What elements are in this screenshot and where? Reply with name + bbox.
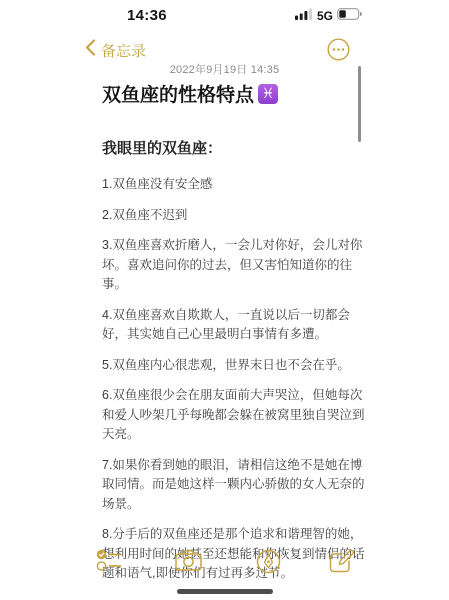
notes-app-screen: 14:36 5G 备忘录	[0, 0, 449, 600]
compose-button[interactable]	[329, 549, 354, 579]
note-paragraph[interactable]: 6.双鱼座很少会在朋友面前大声哭泣，但她每次和爱人吵架几乎每晚都会躲在被窝里独自…	[102, 386, 365, 445]
section-heading[interactable]: 我眼里的双鱼座：	[102, 137, 365, 158]
more-options-button[interactable]	[327, 38, 350, 61]
back-button[interactable]: 备忘录	[85, 39, 146, 61]
checklist-button[interactable]	[96, 549, 122, 577]
checklist-icon	[96, 559, 122, 576]
note-paragraph[interactable]: 5.双鱼座内心很悲观，世界末日也不会在乎。	[102, 356, 365, 376]
markup-pen-icon	[256, 561, 281, 578]
note-paragraph[interactable]: 7.如果你看到她的眼泪，请相信这绝不是她在博取同情。而是她这样一颗内心骄傲的女人…	[102, 456, 365, 515]
note-body[interactable]: 我眼里的双鱼座： 1.双鱼座没有安全感 2.双鱼座不迟到 3.双鱼座喜欢折磨人，…	[102, 137, 365, 595]
markup-button[interactable]	[256, 549, 281, 579]
chevron-left-icon	[85, 39, 96, 61]
note-paragraph[interactable]: 4.双鱼座喜欢自欺欺人，一直说以后一切都会好，其实她自己心里最明白事情有多遭。	[102, 306, 365, 345]
back-button-label: 备忘录	[101, 40, 146, 61]
note-title[interactable]: 双鱼座的性格特点 ♓	[102, 80, 278, 107]
bottom-toolbar	[0, 549, 449, 581]
camera-button[interactable]	[175, 549, 202, 576]
note-timestamp: 2022年9月19日 14:35	[0, 61, 449, 77]
scrollbar-thumb[interactable]	[358, 66, 361, 142]
signal-strength-icon	[295, 7, 313, 25]
note-paragraph[interactable]: 2.双鱼座不迟到	[102, 206, 365, 226]
compose-icon	[329, 561, 354, 578]
note-paragraph[interactable]: 3.双鱼座喜欢折磨人，一会儿对你好，会儿对你坏。喜欢追问你的过去，但又害怕知道你…	[102, 236, 365, 295]
status-time: 14:36	[127, 7, 167, 24]
note-paragraph[interactable]: 1.双鱼座没有安全感	[102, 175, 365, 195]
note-title-text: 双鱼座的性格特点	[102, 80, 254, 107]
status-right-cluster: 5G	[295, 9, 362, 23]
home-indicator[interactable]	[177, 589, 273, 594]
camera-icon	[175, 558, 202, 575]
network-type-label: 5G	[317, 9, 333, 23]
pisces-emoji: ♓	[258, 84, 278, 104]
battery-icon	[337, 7, 362, 25]
